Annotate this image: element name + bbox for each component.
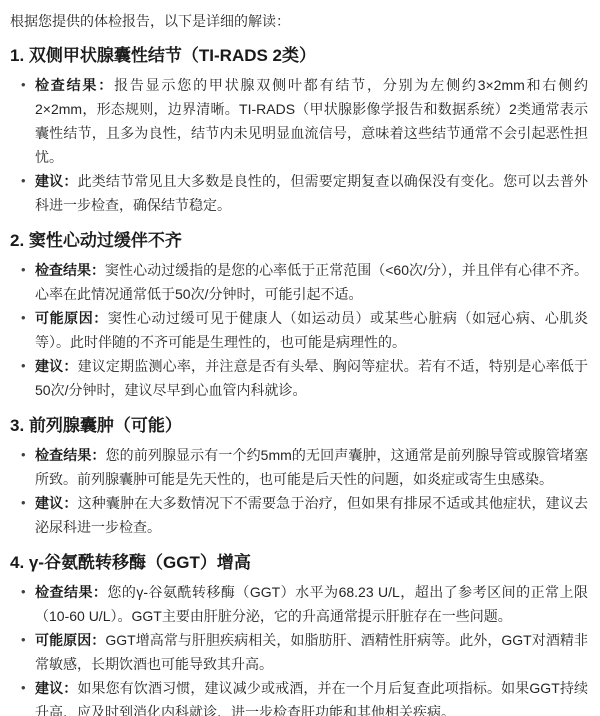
bullet-item: • 检查结果：窦性心动过缓指的是您的心率低于正常范围（<60次/分），并且伴有心… — [10, 258, 588, 306]
bullet-item: • 检查结果：您的γ-谷氨酰转移酶（GGT）水平为68.23 U/L，超出了参考… — [10, 580, 588, 628]
section-title: 3. 前列腺囊肿（可能） — [10, 414, 588, 438]
bullet-paragraph: 建议：这种囊肿在大多数情况下不需要急于治疗，但如果有排尿不适或其他症状，建议去泌… — [35, 491, 588, 539]
bullet-item: • 检查结果：报告显示您的甲状腺双侧叶都有结节，分别为左侧约3×2mm和右侧约2… — [10, 73, 588, 169]
bullet-icon: • — [21, 580, 35, 628]
bullet-label: 检查结果： — [35, 447, 106, 463]
section-ggt-elevated: 4. γ-谷氨酰转移酶（GGT）增高 • 检查结果：您的γ-谷氨酰转移酶（GGT… — [10, 551, 588, 716]
bullet-icon: • — [21, 628, 35, 676]
bullet-text: 报告显示您的甲状腺双侧叶都有结节，分别为左侧约3×2mm和右侧约2×2mm，形态… — [35, 77, 588, 165]
bullet-icon: • — [21, 169, 35, 217]
bullet-icon: • — [21, 676, 35, 716]
bullet-text: GGT增高常与肝胆疾病相关，如脂肪肝、酒精性肝病等。此外，GGT对酒精非常敏感，… — [35, 632, 588, 672]
bullet-icon: • — [21, 443, 35, 491]
bullet-paragraph: 建议：建议定期监测心率，并注意是否有头晕、胸闷等症状。若有不适，特别是心率低于5… — [35, 354, 588, 402]
bullet-icon: • — [21, 491, 35, 539]
bullet-label: 可能原因： — [35, 632, 105, 648]
bullet-text: 此类结节常见且大多数是良性的，但需要定期复查以确保没有变化。您可以去普外科进一步… — [35, 173, 588, 213]
bullet-text: 您的γ-谷氨酰转移酶（GGT）水平为68.23 U/L，超出了参考区间的正常上限… — [35, 584, 588, 624]
bullet-item: • 建议：建议定期监测心率，并注意是否有头晕、胸闷等症状。若有不适，特别是心率低… — [10, 354, 588, 402]
bullet-text: 您的前列腺显示有一个约5mm的无回声囊肿，这通常是前列腺导管或腺管堵塞所致。前列… — [35, 447, 588, 487]
bullet-icon: • — [21, 258, 35, 306]
bullet-paragraph: 可能原因：GGT增高常与肝胆疾病相关，如脂肪肝、酒精性肝病等。此外，GGT对酒精… — [35, 628, 588, 676]
bullet-list: • 检查结果：您的前列腺显示有一个约5mm的无回声囊肿，这通常是前列腺导管或腺管… — [10, 443, 588, 539]
section-sinus-bradycardia: 2. 窦性心动过缓伴不齐 • 检查结果：窦性心动过缓指的是您的心率低于正常范围（… — [10, 229, 588, 402]
bullet-item: • 建议：这种囊肿在大多数情况下不需要急于治疗，但如果有排尿不适或其他症状，建议… — [10, 491, 588, 539]
bullet-paragraph: 检查结果：窦性心动过缓指的是您的心率低于正常范围（<60次/分），并且伴有心律不… — [35, 258, 588, 306]
intro-text: 根据您提供的体检报告，以下是详细的解读： — [10, 10, 588, 32]
bullet-icon: • — [21, 73, 35, 169]
report-interpretation-document: { "colors": { "background": "#ffffff", "… — [0, 0, 600, 716]
bullet-text: 如果您有饮酒习惯，建议减少或戒酒，并在一个月后复查此项指标。如果GGT持续升高，… — [35, 680, 588, 716]
bullet-paragraph: 检查结果：您的γ-谷氨酰转移酶（GGT）水平为68.23 U/L，超出了参考区间… — [35, 580, 588, 628]
bullet-list: • 检查结果：报告显示您的甲状腺双侧叶都有结节，分别为左侧约3×2mm和右侧约2… — [10, 73, 588, 217]
bullet-label: 建议： — [35, 358, 78, 374]
section-title: 1. 双侧甲状腺囊性结节（TI-RADS 2类） — [10, 44, 588, 68]
bullet-item: • 可能原因：窦性心动过缓可见于健康人（如运动员）或某些心脏病（如冠心病、心肌炎… — [10, 306, 588, 354]
bullet-list: • 检查结果：您的γ-谷氨酰转移酶（GGT）水平为68.23 U/L，超出了参考… — [10, 580, 588, 716]
section-prostate-cyst: 3. 前列腺囊肿（可能） • 检查结果：您的前列腺显示有一个约5mm的无回声囊肿… — [10, 414, 588, 539]
bullet-text: 建议定期监测心率，并注意是否有头晕、胸闷等症状。若有不适，特别是心率低于50次/… — [35, 358, 588, 398]
bullet-item: • 检查结果：您的前列腺显示有一个约5mm的无回声囊肿，这通常是前列腺导管或腺管… — [10, 443, 588, 491]
section-thyroid-nodules: 1. 双侧甲状腺囊性结节（TI-RADS 2类） • 检查结果：报告显示您的甲状… — [10, 44, 588, 217]
bullet-paragraph: 检查结果：报告显示您的甲状腺双侧叶都有结节，分别为左侧约3×2mm和右侧约2×2… — [35, 73, 588, 169]
bullet-label: 检查结果： — [35, 584, 107, 600]
section-title: 4. γ-谷氨酰转移酶（GGT）增高 — [10, 551, 588, 575]
bullet-icon: • — [21, 306, 35, 354]
bullet-item: • 建议：此类结节常见且大多数是良性的，但需要定期复查以确保没有变化。您可以去普… — [10, 169, 588, 217]
bullet-paragraph: 建议：如果您有饮酒习惯，建议减少或戒酒，并在一个月后复查此项指标。如果GGT持续… — [35, 676, 588, 716]
bullet-paragraph: 可能原因：窦性心动过缓可见于健康人（如运动员）或某些心脏病（如冠心病、心肌炎等）… — [35, 306, 588, 354]
bullet-icon: • — [21, 354, 35, 402]
bullet-label: 建议： — [35, 680, 77, 696]
bullet-label: 可能原因： — [35, 310, 108, 326]
bullet-item: • 建议：如果您有饮酒习惯，建议减少或戒酒，并在一个月后复查此项指标。如果GGT… — [10, 676, 588, 716]
bullet-list: • 检查结果：窦性心动过缓指的是您的心率低于正常范围（<60次/分），并且伴有心… — [10, 258, 588, 402]
bullet-item: • 可能原因：GGT增高常与肝胆疾病相关，如脂肪肝、酒精性肝病等。此外，GGT对… — [10, 628, 588, 676]
bullet-paragraph: 检查结果：您的前列腺显示有一个约5mm的无回声囊肿，这通常是前列腺导管或腺管堵塞… — [35, 443, 588, 491]
bullet-text: 这种囊肿在大多数情况下不需要急于治疗，但如果有排尿不适或其他症状，建议去泌尿科进… — [35, 495, 588, 535]
bullet-label: 检查结果： — [35, 77, 114, 93]
bullet-text: 窦性心动过缓可见于健康人（如运动员）或某些心脏病（如冠心病、心肌炎等）。此时伴随… — [35, 310, 588, 350]
section-title: 2. 窦性心动过缓伴不齐 — [10, 229, 588, 253]
bullet-paragraph: 建议：此类结节常见且大多数是良性的，但需要定期复查以确保没有变化。您可以去普外科… — [35, 169, 588, 217]
bullet-label: 建议： — [35, 173, 78, 189]
bullet-text: 窦性心动过缓指的是您的心率低于正常范围（<60次/分），并且伴有心律不齐。心率在… — [35, 262, 588, 302]
bullet-label: 建议： — [35, 495, 78, 511]
bullet-label: 检查结果： — [35, 262, 105, 278]
